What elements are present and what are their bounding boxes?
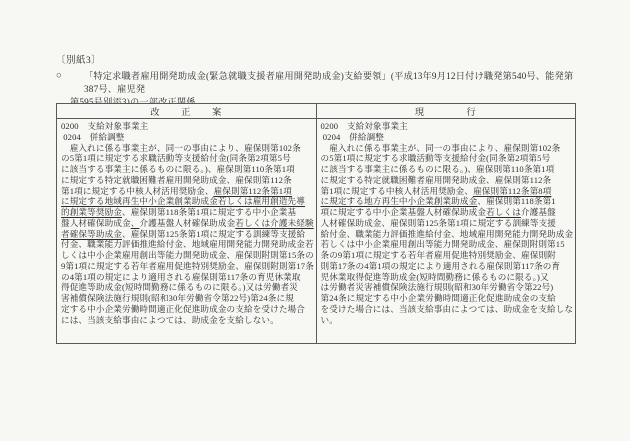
text-segment: 、雇保則第118条第1 <box>477 196 555 206</box>
text-segment: 9第1項に規定する若年者雇用促進特別奨励金、雇保則附則第17条 <box>61 261 314 271</box>
text-segment: 盤人材確保助成金 <box>61 218 131 228</box>
text-segment: 、雇保則第125条第1項に規定する訓練等支援給 <box>122 229 305 239</box>
text-line: 9第1項に規定する若年者雇用促進特別奨励金、雇保則附則第17条 <box>61 261 313 272</box>
text-line: に規定する地域再生中小企業創業助成金若しくは雇用創造先導 <box>61 196 313 207</box>
text-line: に該当する事業主に係るものに限る。)、雇保則第110条第1項 <box>61 164 313 175</box>
text-segment: に規定する特定就職困難者雇用開発助成金、雇保則第112条 <box>321 175 552 185</box>
text-line: 雇入れに係る事業主が、同一の事由により、雇保則第102条 <box>321 143 573 154</box>
text-line: 給付金、職業能力評価推進給付金、地域雇用開発能力開発助成金 <box>321 229 573 240</box>
text-segment: 0204 併給調整 <box>321 132 385 142</box>
revised-text-segment: 的創業等奨励金 <box>61 207 122 217</box>
text-segment: 付金、職業能力評価推進給付金、地域雇用開発能力開発助成金若 <box>61 239 314 249</box>
document-page: 〔別紙3〕 ○ 「特定求職者雇用開発助成金(緊急就職支援者雇用開発助成金)支給要… <box>0 0 630 441</box>
text-line: 害補償保険法施行規則(昭和30年労働省令第22号)第24条に規 <box>61 293 313 304</box>
text-line: 者確保等助成金、雇保則第125条第1項に規定する訓練等支援給 <box>61 229 313 240</box>
text-segment: 雇入れに係る事業主が、同一の事由により、雇保則第102条 <box>321 143 561 153</box>
text-segment: 、雇保則第118条第1項に規定する中小企業基 <box>122 207 296 217</box>
text-segment: 児休業取得促進等助成金(短時間勤務に係るものに限る。)又 <box>321 272 549 282</box>
text-line: 若しくは中小企業雇用創出等能力開発助成金、雇保則附則第15 <box>321 239 573 250</box>
text-segment: い。 <box>321 315 338 325</box>
revised-text-segment: に規定する地域再生中小企業創業助成金若しくは雇用創造先導 <box>61 196 305 206</box>
table-body-row: 0200 支給対象事業主 0204 併給調整 雇入れに係る事業主が、同一の事由に… <box>57 119 576 344</box>
revised-text-segment: に規定する地方再生中小企業創業助成金 <box>321 196 478 206</box>
text-line: 項に規定する中小企業基盤人材確保助成金若しくは介護基盤 <box>321 207 573 218</box>
text-segment: 0200 支給対象事業主 <box>61 121 148 131</box>
text-segment: の4第1項の規定により適用される雇保則第117条の育児休業取 <box>61 272 301 282</box>
text-line: 付金、職業能力評価推進給付金、地域雇用開発能力開発助成金若 <box>61 239 313 250</box>
attachment-label: 〔別紙3〕 <box>56 52 101 66</box>
text-line: 0204 併給調整 <box>61 132 313 143</box>
text-segment: 0204 併給調整 <box>61 132 125 142</box>
amended-column-header: 改 正 案 <box>57 104 317 119</box>
revised-text-segment: 者確保等助成金 <box>61 229 122 239</box>
text-segment: 項に規定する中小企業基盤人材確保助成金 <box>321 207 487 217</box>
text-line: 条の9第1項に規定する若年者雇用促進特別奨励金、雇保則附 <box>321 250 573 261</box>
revised-text-segment: 雇保則第112条第8項 <box>473 186 551 196</box>
title-line-1: 「特定求職者雇用開発助成金(緊急就職支援者雇用開発助成金)支給要領」(平成13年… <box>84 70 578 96</box>
text-line: の5第1項に規定する求職活動等支援給付金(同条第2項第5号 <box>321 153 573 164</box>
current-column-body: 0200 支給対象事業主 0204 併給調整 雇入れに係る事業主が、同一の事由に… <box>321 121 573 325</box>
text-line: 第24条に規定する中小企業労働時間適正化促進助成金の支給 <box>321 293 573 304</box>
amended-column-body: 0200 支給対象事業主 0204 併給調整 雇入れに係る事業主が、同一の事由に… <box>61 121 313 325</box>
text-segment: 第24条に規定する中小企業労働時間適正化促進助成金の支給 <box>321 293 556 303</box>
text-segment: に規定する特定就職困難者雇用開発助成金、雇保則第112条 <box>61 175 292 185</box>
text-segment: 害補償保険法施行規則(昭和30年労働省令第22号)第24条に規 <box>61 293 294 303</box>
text-line: 得促進等助成金(短時間勤務に係るものに限る。)又は労働者災 <box>61 282 313 293</box>
text-segment: を受けた場合には、当該支給事由によつては、助成金を支給しな <box>321 304 574 314</box>
text-line: 第1項に規定する中核人材活用奨励金、雇保則第112条第1項 <box>61 186 313 197</box>
amended-column-cell: 0200 支給対象事業主 0204 併給調整 雇入れに係る事業主が、同一の事由に… <box>57 119 317 344</box>
text-line: に規定する特定就職困難者雇用開発助成金、雇保則第112条 <box>61 175 313 186</box>
revised-text-segment: 若しくは <box>486 207 521 217</box>
text-segment: 0200 支給対象事業主 <box>321 121 408 131</box>
text-line: 雇入れに係る事業主が、同一の事由により、雇保則第102条 <box>61 143 313 154</box>
current-column-header: 現 行 <box>316 104 576 119</box>
text-segment: の5第1項に規定する求職活動等支援給付金(同条第2項第5号 <box>321 153 551 163</box>
text-line: 人材確保助成金、雇保則第125条第1項に規定する訓練等支援 <box>321 218 573 229</box>
text-segment: しくは中小企業雇用創出等能力開発助成金、雇保則附則第15条の <box>61 250 314 260</box>
text-line: 盤人材確保助成金、介護基盤人材確保助成金若しくは介護未経験 <box>61 218 313 229</box>
text-segment: に該当する事業主に係るものに限る。)、雇保則第110条第1項 <box>321 164 555 174</box>
table-header-row: 改 正 案 現 行 <box>57 104 576 119</box>
text-line: 定する中小企業労働時間適正化促進助成金の支給を受けた場合 <box>61 304 313 315</box>
text-line: に該当する事業主に係るものに限る。)、雇保則第110条第1項 <box>321 164 573 175</box>
text-segment: 介護基盤人材確保助成金 <box>139 218 235 228</box>
revised-text-segment: 若しくは介護未経験 <box>235 218 313 228</box>
text-segment: に該当する事業主に係るものに限る。)、雇保則第110条第1項 <box>61 164 295 174</box>
text-line: の5第1項に規定する求職活動等支援給付金(同条第2項第5号 <box>61 153 313 164</box>
text-line: 第1項に規定する中核人材活用奨励金、雇保則第112条第8項 <box>321 186 573 197</box>
text-segment: 第1項に規定する中核人材活用奨励金、 <box>321 186 474 196</box>
text-line: 的創業等奨励金、雇保則第118条第1項に規定する中小企業基 <box>61 207 313 218</box>
text-segment: 条の9第1項に規定する若年者雇用促進特別奨励金、雇保則附 <box>321 250 556 260</box>
text-segment: 則第17条の4第1項の規定により適用される雇保則第117条の育 <box>321 261 561 271</box>
text-line: の4第1項の規定により適用される雇保則第117条の育児休業取 <box>61 272 313 283</box>
text-segment: 給付金、職業能力評価推進給付金、地域雇用開発能力開発助成金 <box>321 229 574 239</box>
text-line: 0200 支給対象事業主 <box>321 121 573 132</box>
text-line: しくは中小企業雇用創出等能力開発助成金、雇保則附則第15条の <box>61 250 313 261</box>
text-line: 則第17条の4第1項の規定により適用される雇保則第117条の育 <box>321 261 573 272</box>
text-segment: の5第1項に規定する求職活動等支援給付金(同条第2項第5号 <box>61 153 291 163</box>
text-segment: 雇入れに係る事業主が、同一の事由により、雇保則第102条 <box>61 143 301 153</box>
text-line: に規定する地方再生中小企業創業助成金、雇保則第118条第1 <box>321 196 573 207</box>
text-segment: 定する中小企業労働時間適正化促進助成金の支給を受けた場合 <box>61 304 305 314</box>
revised-text-segment: 雇保則第112条第1項 <box>214 186 292 196</box>
text-line: は労働者災害補償保険法施行規則(昭和30年労働省令第22号) <box>321 282 573 293</box>
comparison-table: 改 正 案 現 行 0200 支給対象事業主 0204 併給調整 雇入れに係る事… <box>56 103 576 344</box>
text-segment: は労働者災害補償保険法施行規則(昭和30年労働省令第22号) <box>321 282 554 292</box>
text-line: 0204 併給調整 <box>321 132 573 143</box>
text-segment: 人材確保助成金、雇保則第125条第1項に規定する訓練等支援 <box>321 218 557 228</box>
text-line: を受けた場合には、当該支給事由によつては、助成金を支給しな <box>321 304 573 315</box>
text-segment: には、当該支給事由によつては、助成金を支給しない。 <box>61 315 279 325</box>
text-line: 児休業取得促進等助成金(短時間勤務に係るものに限る。)又 <box>321 272 573 283</box>
text-line: い。 <box>321 315 573 326</box>
current-column-cell: 0200 支給対象事業主 0204 併給調整 雇入れに係る事業主が、同一の事由に… <box>316 119 576 344</box>
text-segment: 得促進等助成金(短時間勤務に係るものに限る。)又は労働者災 <box>61 282 298 292</box>
text-segment: 若しくは中小企業雇用創出等能力開発助成金、雇保則附則第15 <box>321 239 565 249</box>
text-line: 0200 支給対象事業主 <box>61 121 313 132</box>
text-line: には、当該支給事由によつては、助成金を支給しない。 <box>61 315 313 326</box>
text-segment: 介護基盤 <box>521 207 556 217</box>
list-bullet: ○ <box>56 70 84 83</box>
text-segment: 第1項に規定する中核人材活用奨励金、 <box>61 186 214 196</box>
text-line: に規定する特定就職困難者雇用開発助成金、雇保則第112条 <box>321 175 573 186</box>
